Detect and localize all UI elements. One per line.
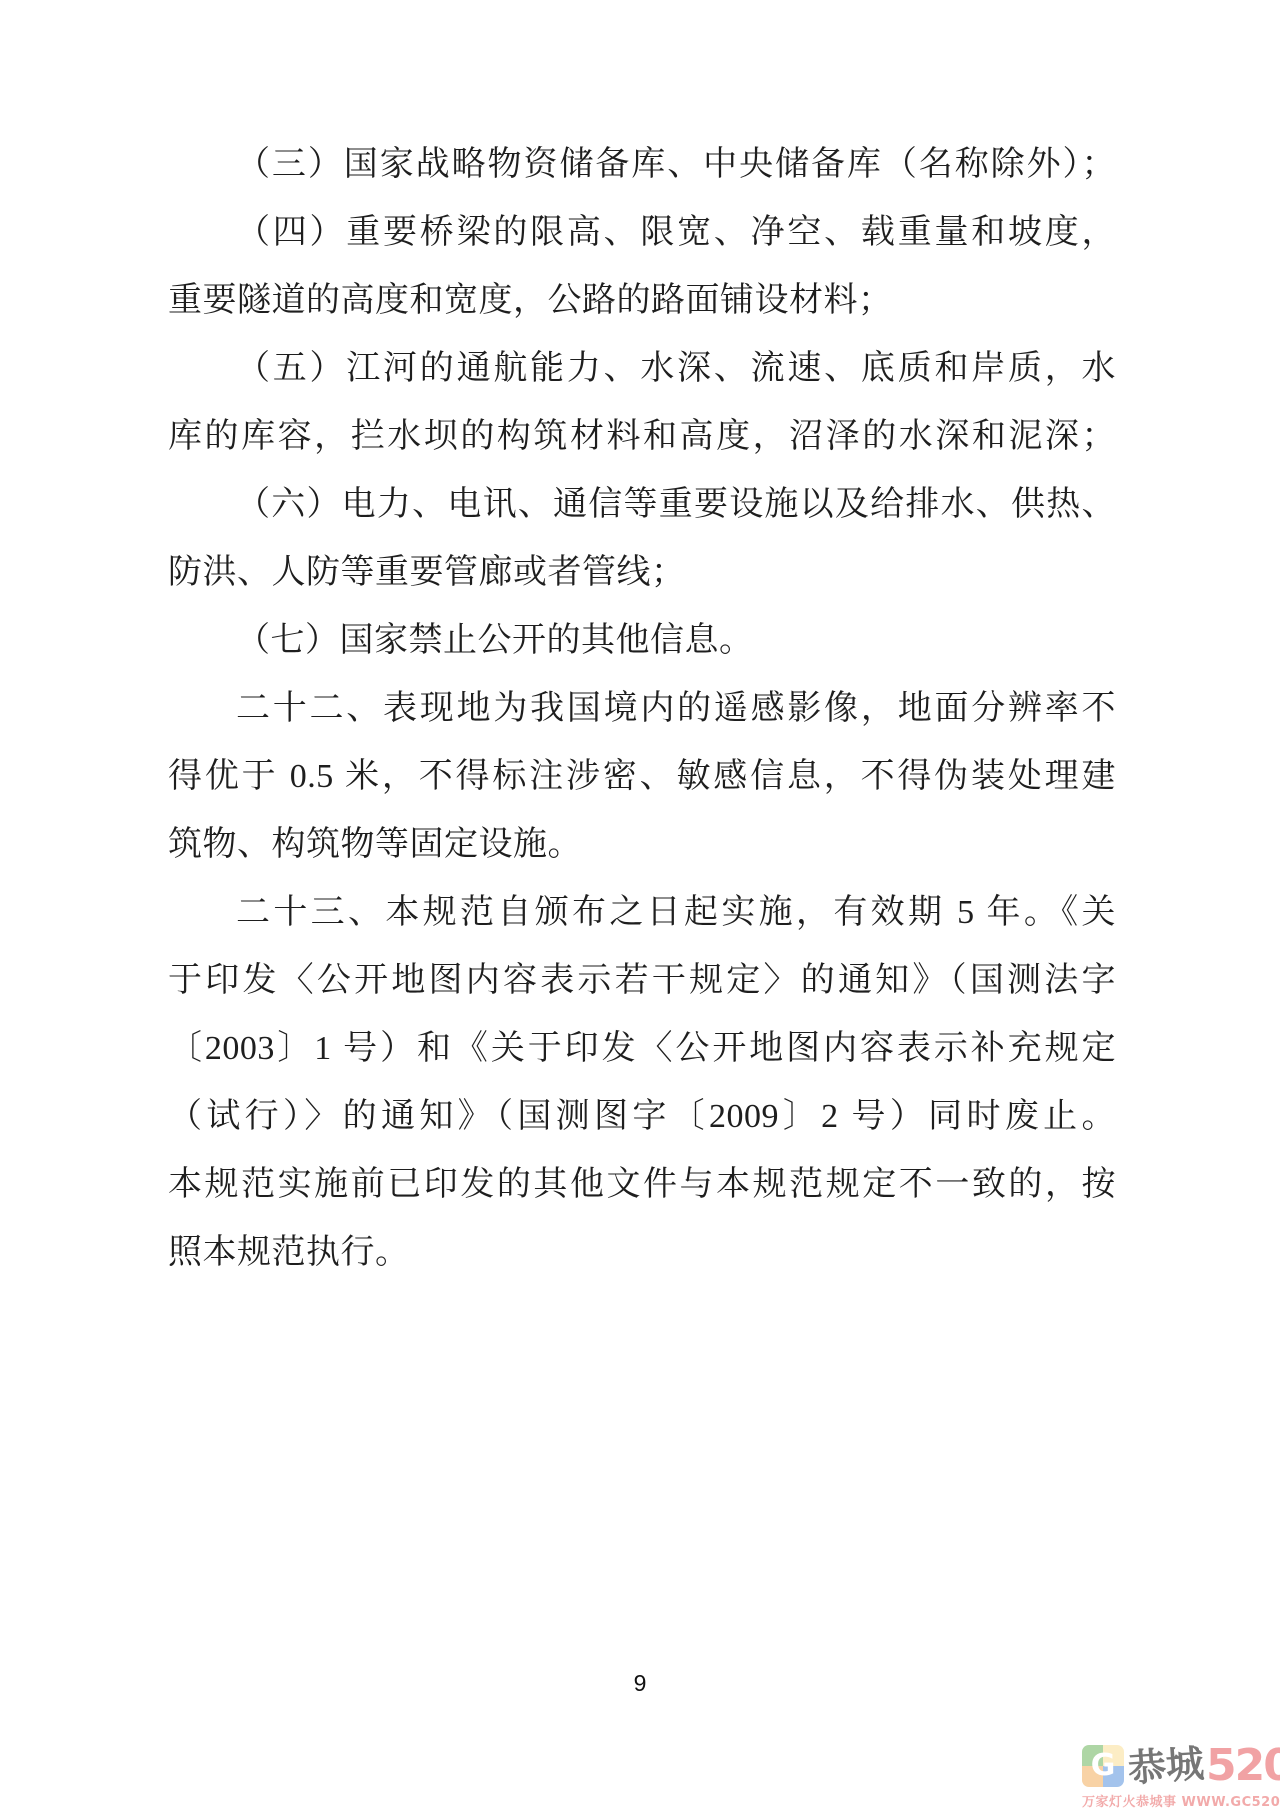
text-line: 重要隧道的高度和宽度，公路的路面铺设材料；: [168, 267, 1116, 335]
site-watermark: G 恭城 520 社区 万家灯火恭城事 WWW.GC520.CN: [1082, 1744, 1280, 1810]
text-line: 于印发〈公开地图内容表示若干规定〉的通知》（国测法字: [168, 947, 1116, 1015]
text-line: 得优于 0.5 米，不得标注涉密、敏感信息，不得伪装处理建: [168, 743, 1116, 811]
text-line: 〔2003〕1 号）和《关于印发〈公开地图内容表示补充规定: [168, 1015, 1116, 1083]
watermark-main-row: G 恭城 520 社区: [1082, 1744, 1280, 1788]
text-line: 防洪、人防等重要管廊或者管线；: [168, 539, 1116, 607]
text-line: 本规范实施前已印发的其他文件与本规范规定不一致的，按: [168, 1151, 1116, 1219]
text-line: 库的库容，拦水坝的构筑材料和高度，沼泽的水深和泥深；: [168, 403, 1116, 471]
text-line: 照本规范执行。: [168, 1219, 1116, 1287]
text-line: 筑物、构筑物等固定设施。: [168, 811, 1116, 879]
text-line: （六）电力、电讯、通信等重要设施以及给排水、供热、: [168, 471, 1116, 539]
logo-letter-g: G: [1082, 1745, 1124, 1787]
text-line: （五）江河的通航能力、水深、流速、底质和岸质，水: [168, 335, 1116, 403]
text-line: （试行）〉的通知》（国测图字〔2009〕2 号）同时废止。: [168, 1083, 1116, 1151]
text-line: 二十三、本规范自颁布之日起实施，有效期 5 年。《关: [168, 879, 1116, 947]
page-number: 9: [634, 1670, 647, 1696]
text-line: （三）国家战略物资储备库、中央储备库（名称除外）；: [168, 131, 1116, 199]
text-line: （七）国家禁止公开的其他信息。: [168, 607, 1116, 675]
text-line: 二十二、表现地为我国境内的遥感影像，地面分辨率不: [168, 675, 1116, 743]
text-line: （四）重要桥梁的限高、限宽、净空、载重量和坡度，: [168, 199, 1116, 267]
document-text-block: （三）国家战略物资储备库、中央储备库（名称除外）； （四）重要桥梁的限高、限宽、…: [168, 131, 1116, 1287]
gc520-logo-icon: G: [1082, 1745, 1124, 1787]
watermark-site-number: 520: [1206, 1744, 1280, 1788]
watermark-site-name: 恭城: [1127, 1744, 1205, 1787]
watermark-tagline: 万家灯火恭城事 WWW.GC520.CN: [1082, 1791, 1280, 1810]
page-footer: 9: [0, 1670, 1280, 1697]
